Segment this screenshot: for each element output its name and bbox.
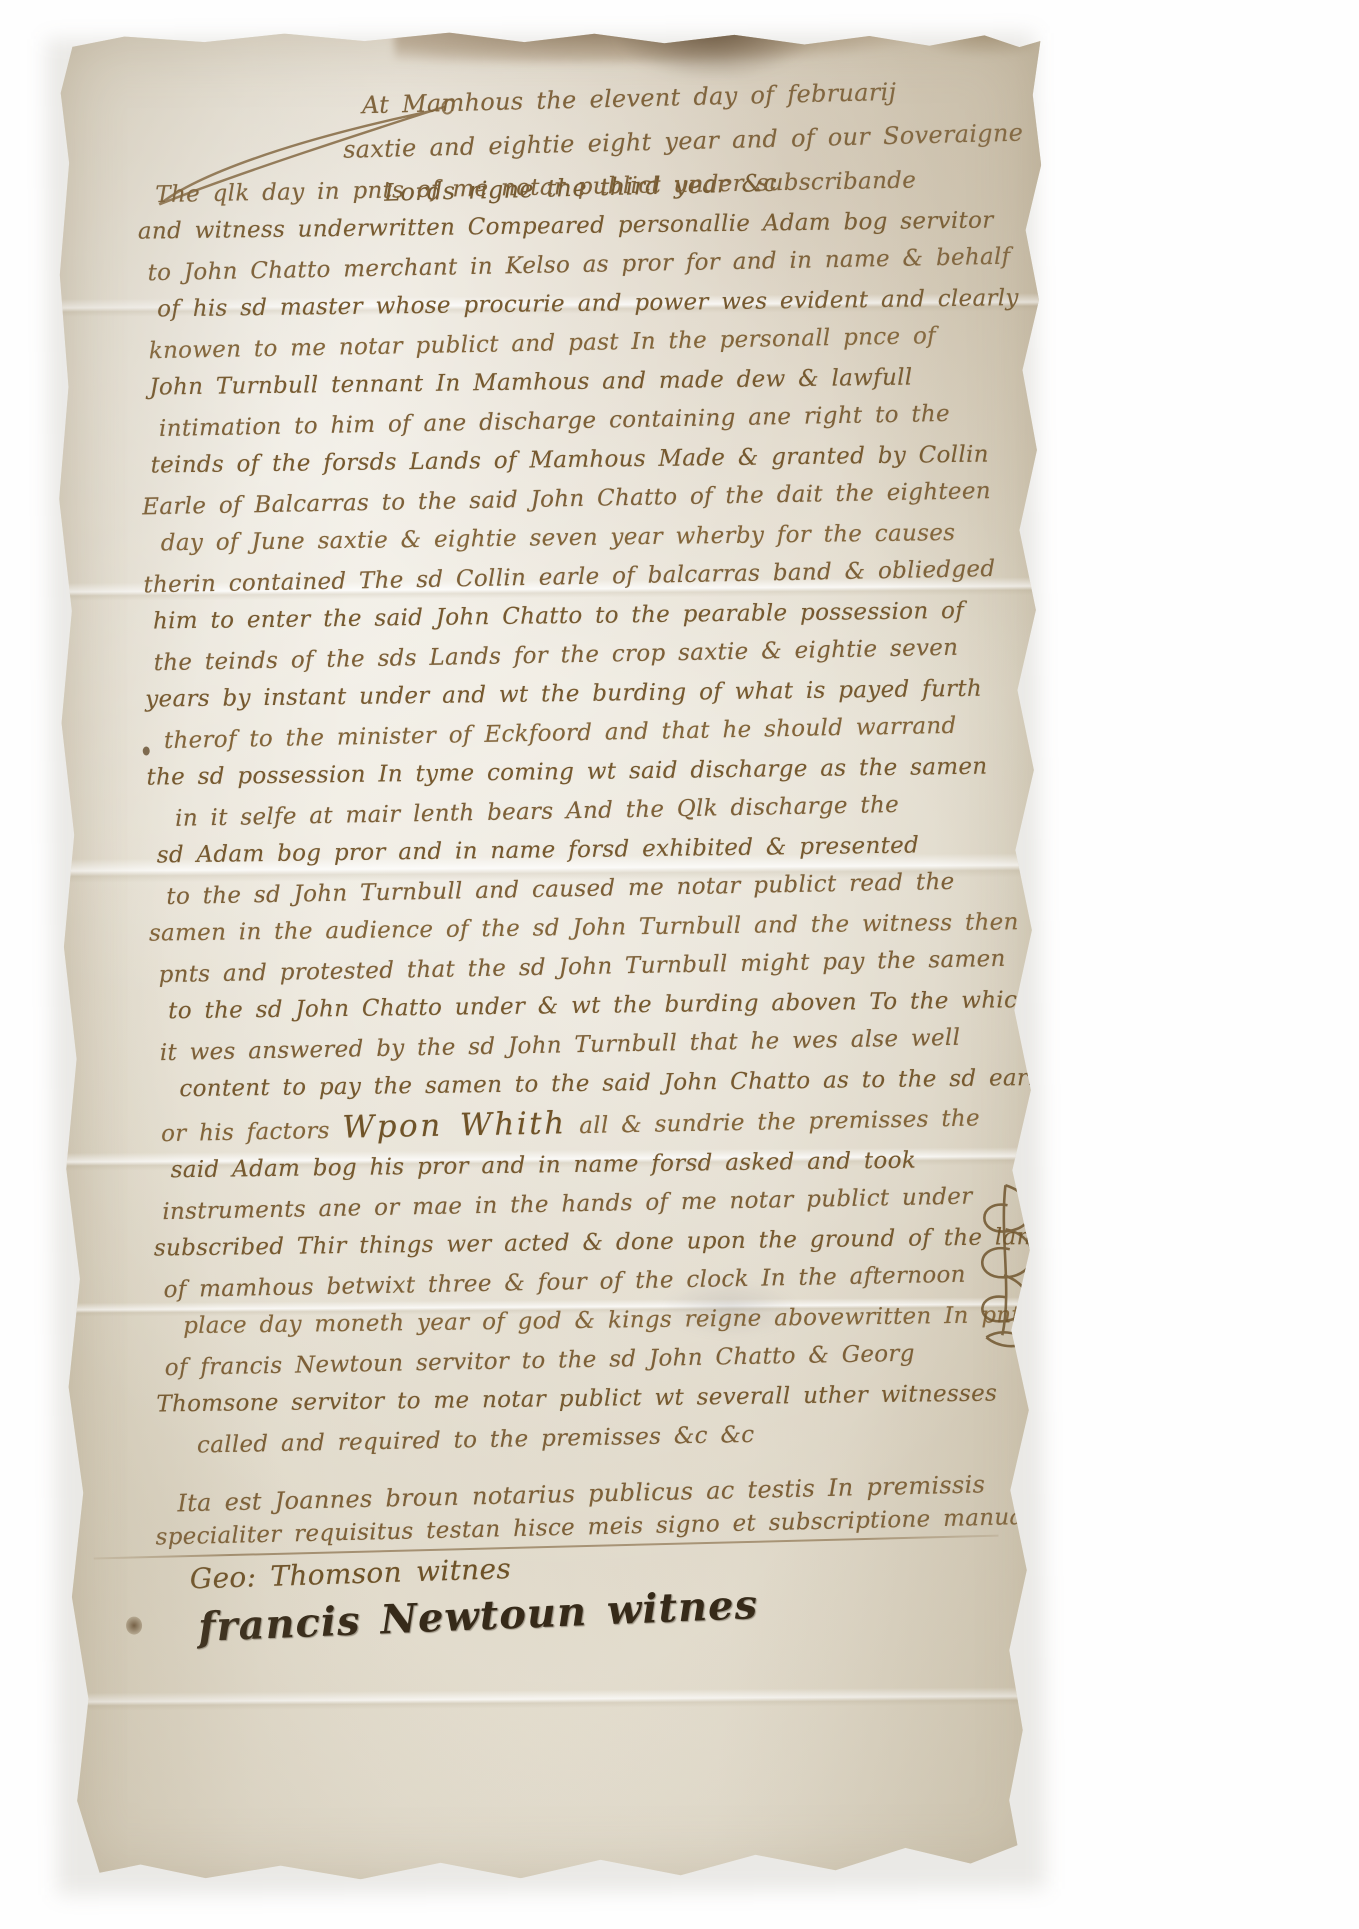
paper-vignette <box>54 25 1053 1887</box>
manuscript-page: At Mamhous the elevent day of februarij … <box>54 25 1053 1887</box>
